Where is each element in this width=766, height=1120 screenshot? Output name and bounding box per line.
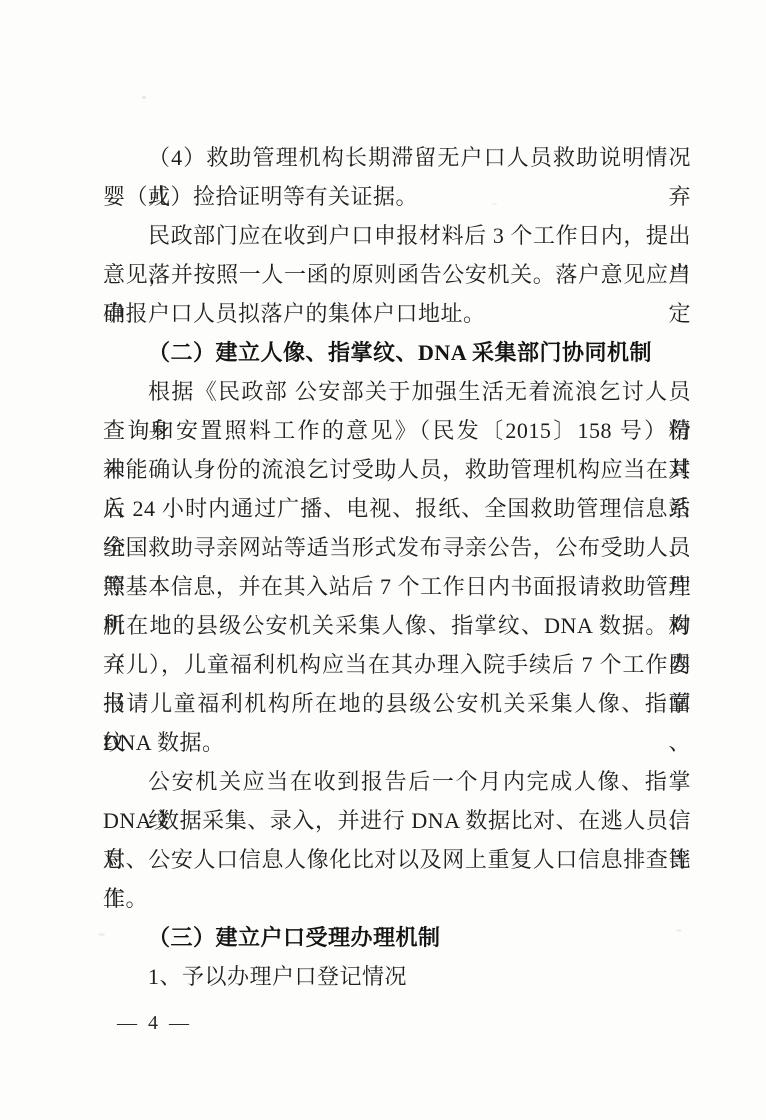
text-line: 所在地的县级公安机关采集人像、指掌纹、DNA 数据。对弃婴 (103, 606, 691, 645)
text-line: 根据《民政部 公安部关于加强生活无着流浪乞讨人员身份 (103, 372, 691, 411)
document-body: （4）救助管理机构长期滞留无户口人员救助说明情况或弃 婴（儿）捡拾证明等有关证据… (103, 138, 691, 996)
text-line: 作。 (103, 879, 691, 918)
text-line: 全国救助寻亲网站等适当形式发布寻亲公告，公布受助人员照片 (103, 528, 691, 567)
text-line: 查询和安置照料工作的意见》（民发〔2015〕158 号）精神，对 (103, 411, 691, 450)
text-line: 意见，并按照一人一函的原则函告公安机关。落户意见应当确定 (103, 255, 691, 294)
text-line: DNA 数据采集、录入，并进行 DNA 数据比对、在逃人员信息比 (103, 801, 691, 840)
text-line: 对、公安人口信息人像化比对以及网上重复人口信息排查等工 (103, 840, 691, 879)
scanned-document-page: （4）救助管理机构长期滞留无户口人员救助说明情况或弃 婴（儿）捡拾证明等有关证据… (0, 0, 766, 1120)
scan-speck (98, 933, 105, 936)
text-line: 后 24 小时内通过广播、电视、报纸、全国救助管理信息系统、 (103, 489, 691, 528)
scan-speck (492, 203, 497, 205)
text-line: 民政部门应在收到户口申报材料后 3 个工作日内，提出落户 (103, 216, 691, 255)
section-heading: （二）建立人像、指掌纹、DNA 采集部门协同机制 (103, 333, 691, 372)
text-line: （4）救助管理机构长期滞留无户口人员救助说明情况或弃 (103, 138, 691, 177)
text-line: 未能确认身份的流浪乞讨受助人员，救助管理机构应当在其入站 (103, 450, 691, 489)
section-heading: （三）建立户口受理办理机制 (103, 918, 691, 957)
scan-speck (142, 96, 146, 99)
text-line: 公安机关应当在收到报告后一个月内完成人像、指掌纹、 (103, 762, 691, 801)
page-number: — 4 — (117, 1012, 192, 1035)
text-line: 1、予以办理户口登记情况 (103, 957, 691, 996)
text-line: 报请儿童福利机构所在地的县级公安机关采集人像、指掌纹、 (103, 684, 691, 723)
scan-speck (676, 929, 682, 932)
text-line: 等基本信息，并在其入站后 7 个工作日内书面报请救助管理机构 (103, 567, 691, 606)
text-line: （儿），儿童福利机构应当在其办理入院手续后 7 个工作内书面 (103, 645, 691, 684)
